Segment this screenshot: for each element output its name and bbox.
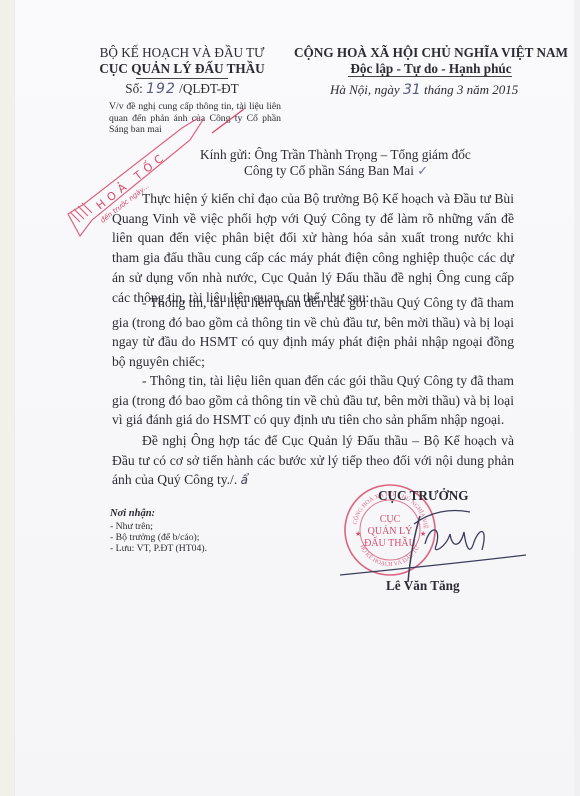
department-name: CỤC QUẢN LÝ ĐẤU THẦU: [90, 61, 274, 77]
check-mark-icon: ✓: [417, 164, 428, 179]
doc-number-prefix: Số:: [125, 81, 143, 96]
addressee-company: Công ty Cổ phần Sáng Ban Mai: [244, 163, 414, 178]
recipient-item: - Bộ trưởng (để b/cáo);: [110, 532, 207, 543]
scan-right-edge: [574, 0, 580, 796]
recipients-title: Nơi nhận:: [110, 508, 155, 519]
national-motto: Độc lập - Tự do - Hạnh phúc: [290, 61, 572, 77]
closing-text: Đề nghị Ông hợp tác để Cục Quản lý Đấu t…: [112, 433, 514, 487]
body-request-item-1: - Thông tin, tài liệu liên quan đến các …: [112, 293, 514, 372]
urgent-stamp-arrow: HOẢ TỐC đến trước ngày...: [62, 118, 212, 238]
addressee-line-2: Công ty Cổ phần Sáng Ban Mai ✓: [244, 163, 428, 179]
doc-number-suffix: /QLĐT-ĐT: [179, 81, 239, 96]
date-prefix: Hà Nội, ngày: [330, 82, 400, 97]
addressee-line-1: Kính gửi: Ông Trần Thành Trọng – Tổng gi…: [200, 147, 471, 163]
date-suffix: tháng 3 năm 2015: [424, 82, 518, 97]
recipient-item: - Như trên;: [110, 521, 207, 532]
body-closing-paragraph: Đề nghị Ông hợp tác để Cục Quản lý Đấu t…: [112, 431, 514, 491]
date-day-handwritten: 31: [403, 82, 421, 98]
doc-number-handwritten: 192: [146, 81, 176, 97]
handwritten-initial: ẩ: [241, 473, 248, 487]
recipients-list: - Như trên; - Bộ trưởng (để b/cáo); - Lư…: [110, 521, 207, 555]
signer-name: Lê Văn Tăng: [386, 578, 460, 594]
motto-underline: [348, 76, 512, 77]
svg-text:★: ★: [355, 530, 361, 538]
nation-title: CỘNG HOÀ XÃ HỘI CHỦ NGHĨA VIỆT NAM: [290, 45, 572, 61]
header-left-underline: [136, 78, 228, 79]
document-number: Số: 192 /QLĐT-ĐT: [90, 81, 274, 97]
ministry-name: BỘ KẾ HOẠCH VÀ ĐẦU TƯ: [90, 45, 274, 61]
red-pen-mark: [210, 105, 250, 135]
body-request-item-2: - Thông tin, tài liệu liên quan đến các …: [112, 371, 514, 430]
signer-title: CỤC TRƯỞNG: [378, 488, 468, 504]
recipient-item: - Lưu: VT, P.ĐT (HT04).: [110, 543, 207, 554]
scan-left-edge: [0, 0, 15, 796]
scanned-document-page: BỘ KẾ HOẠCH VÀ ĐẦU TƯ CỤC QUẢN LÝ ĐẤU TH…: [0, 0, 580, 796]
document-date: Hà Nội, ngày 31 tháng 3 năm 2015: [330, 82, 518, 98]
